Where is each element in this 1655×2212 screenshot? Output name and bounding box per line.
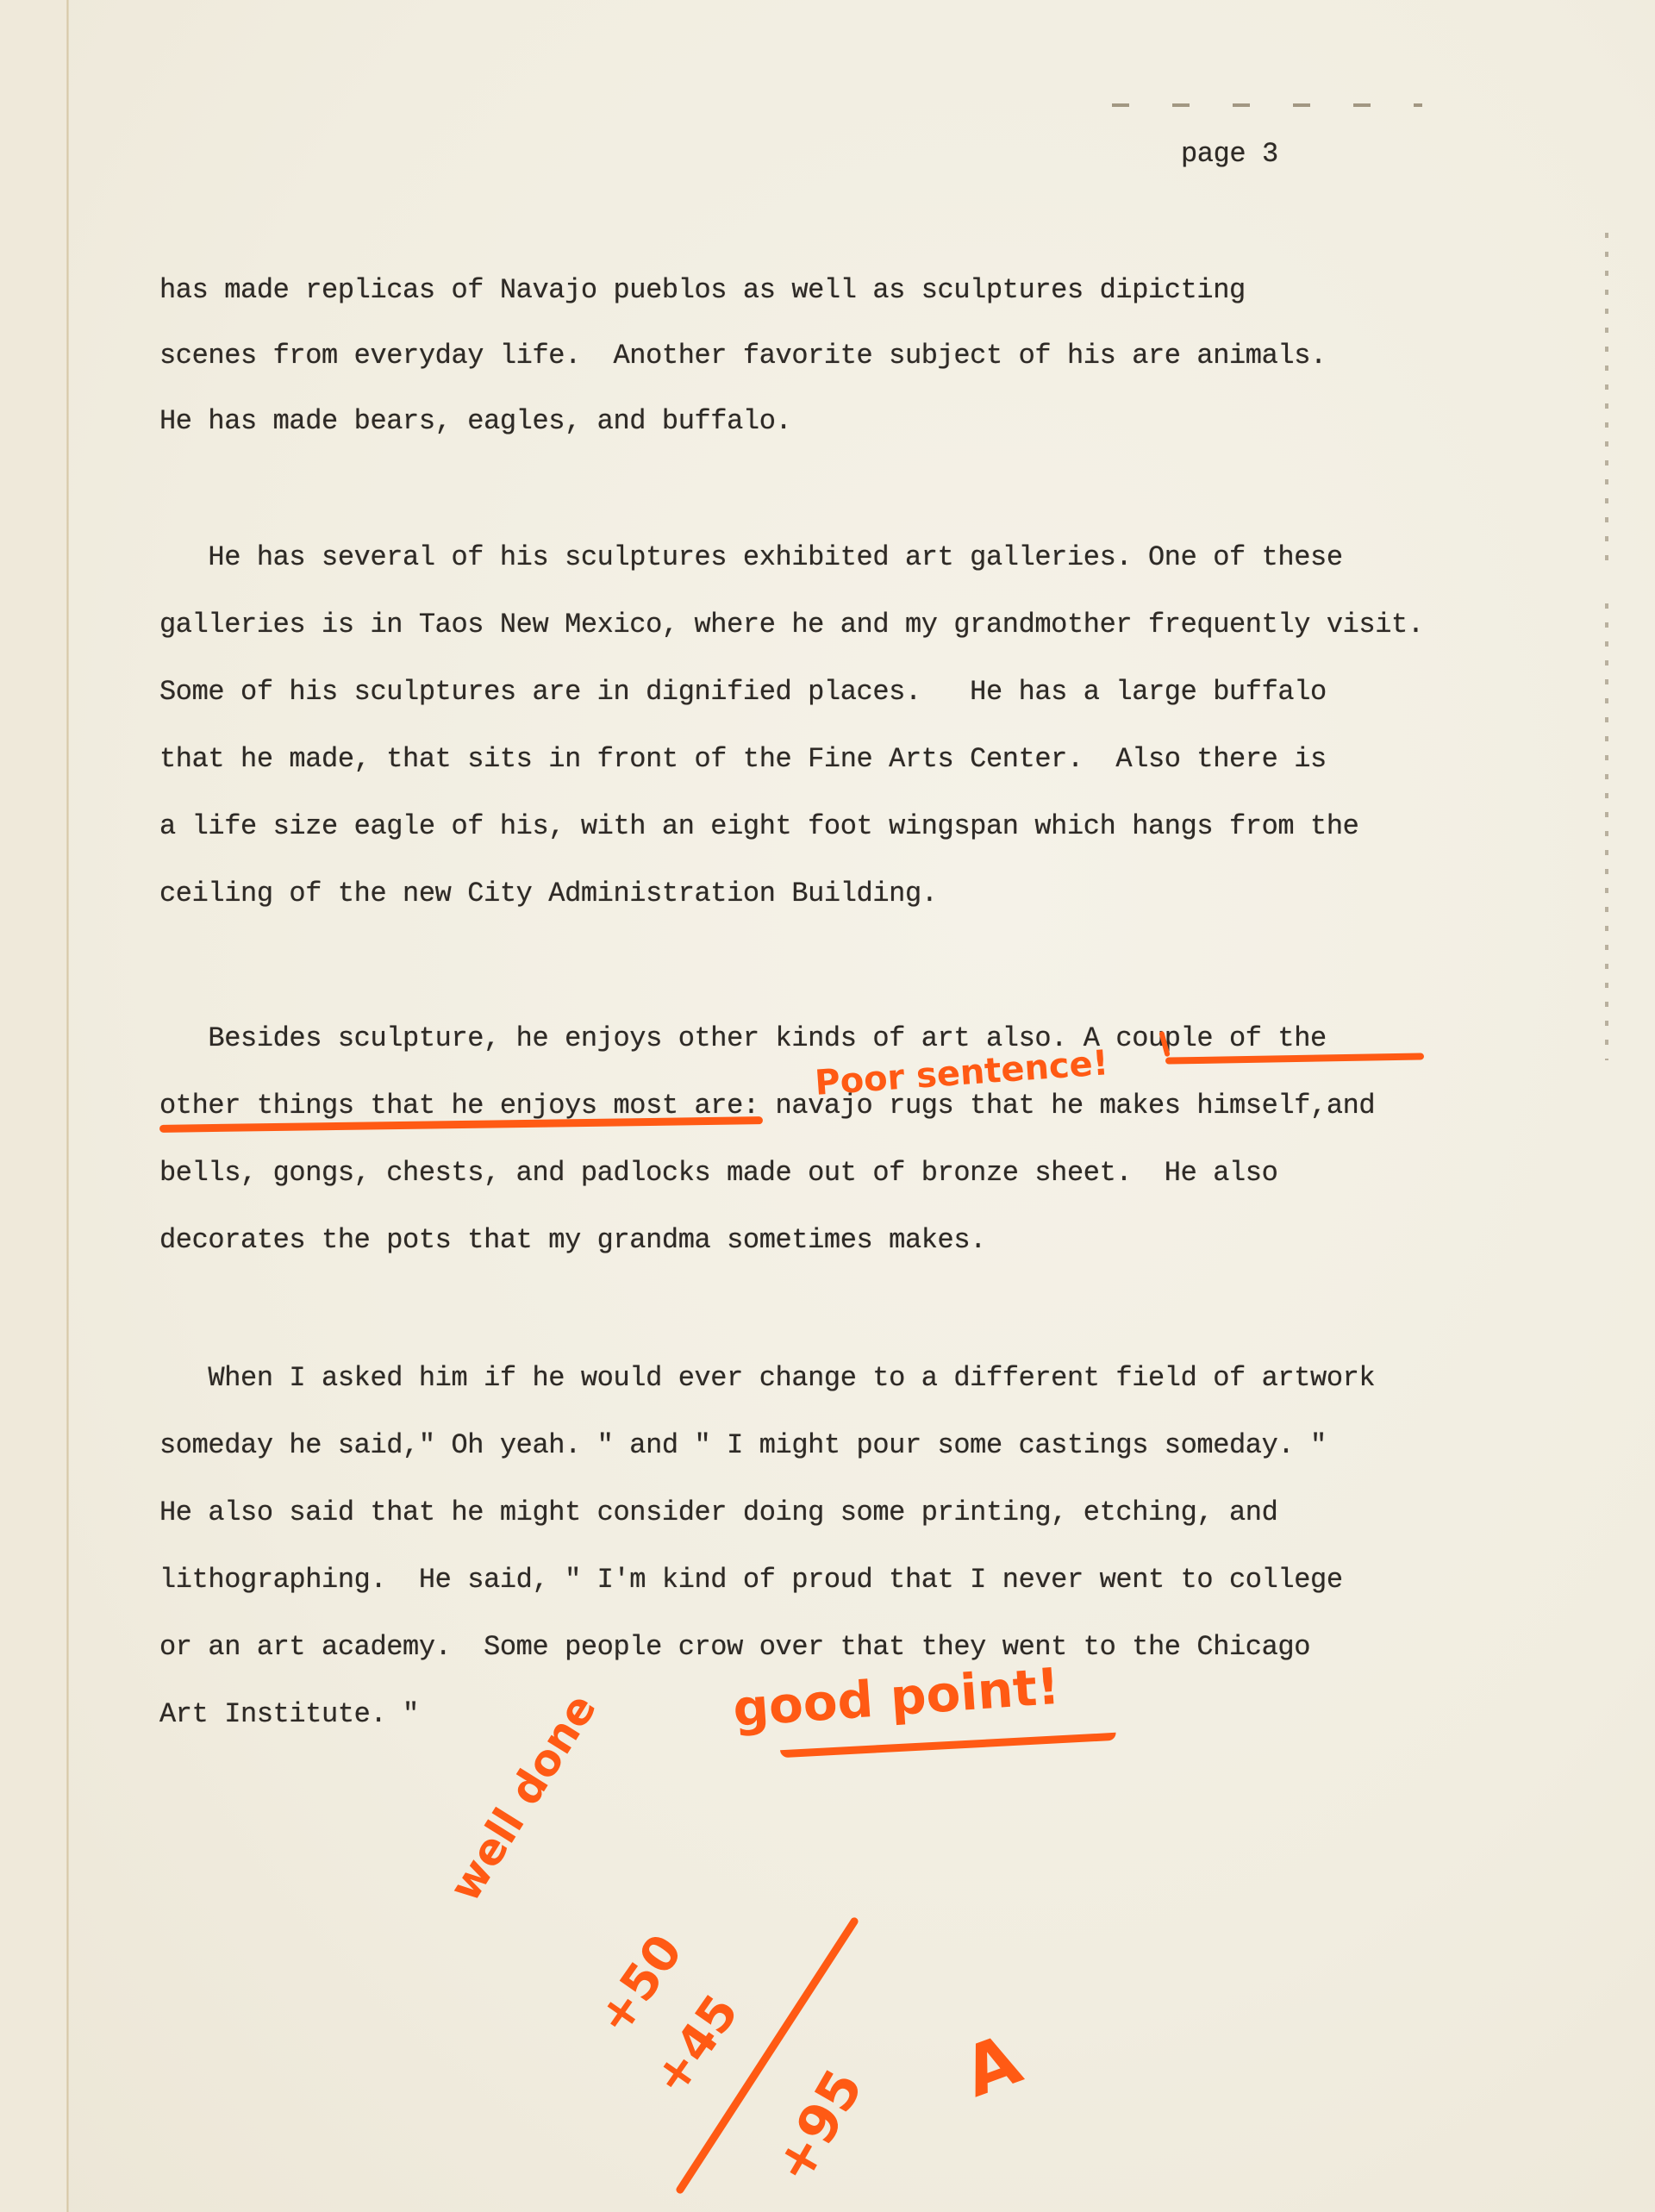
text-line: He has several of his sculptures exhibit…: [159, 541, 1343, 573]
text-line: lithographing. He said, " I'm kind of pr…: [159, 1564, 1343, 1596]
text-line: that he made, that sits in front of the …: [159, 743, 1327, 775]
text-line: ceiling of the new City Administration B…: [159, 878, 938, 909]
text-line: someday he said," Oh yeah. " and " I mig…: [159, 1429, 1327, 1461]
text-line: bells, gongs, chests, and padlocks made …: [159, 1157, 1277, 1189]
text-line: scenes from everyday life. Another favor…: [159, 340, 1327, 372]
text-line: galleries is in Taos New Mexico, where h…: [159, 609, 1424, 640]
text-line: Besides sculpture, he enjoys other kinds…: [159, 1022, 1327, 1054]
text-line: or an art academy. Some people crow over…: [159, 1631, 1310, 1663]
text-line: When I asked him if he would ever change…: [159, 1362, 1375, 1394]
text-line: other things that he enjoys most are: na…: [159, 1090, 1375, 1122]
text-line: He also said that he might consider doin…: [159, 1497, 1277, 1528]
text-line: has made replicas of Navajo pueblos as w…: [159, 274, 1246, 306]
previous-page-edge: [0, 0, 66, 2212]
text-line: He has made bears, eagles, and buffalo.: [159, 405, 791, 437]
right-margin-marks: [1605, 603, 1608, 1060]
text-line: Art Institute. ": [159, 1698, 419, 1730]
text-line: Some of his sculptures are in dignified …: [159, 676, 1327, 708]
page-number: page 3: [1181, 138, 1278, 170]
page-fold-line: [66, 0, 69, 2212]
text-line: decorates the pots that my grandma somet…: [159, 1224, 986, 1256]
right-margin-marks: [1605, 233, 1608, 560]
text-line: a life size eagle of his, with an eight …: [159, 810, 1358, 842]
typewriter-smudge-marks: [1112, 103, 1422, 107]
